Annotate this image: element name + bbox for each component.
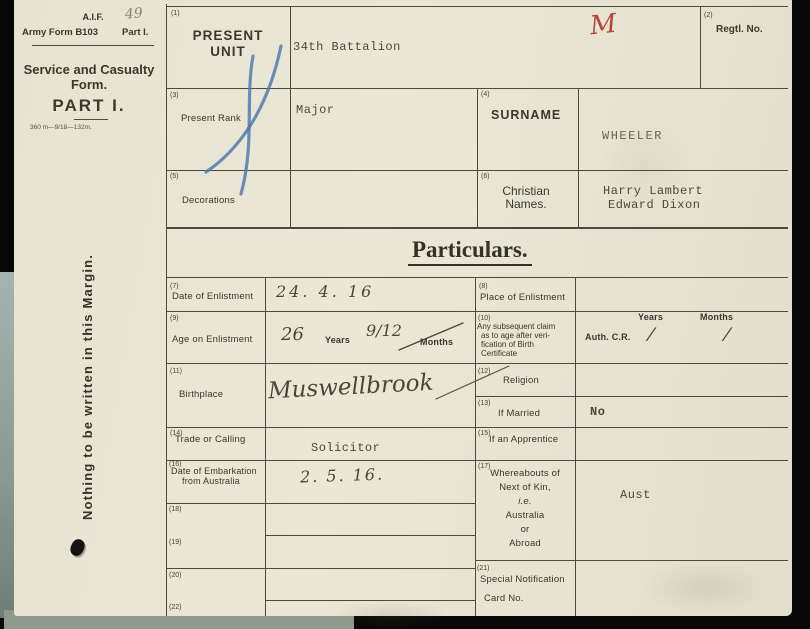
form-paper [14, 0, 792, 616]
field-num: (10) [478, 315, 490, 322]
subsequent-claim-label: Certificate [481, 349, 517, 358]
field-num: (11) [170, 368, 182, 375]
row-line [475, 396, 788, 397]
form-title-line2: Form. [14, 77, 164, 92]
table-border-top [166, 6, 788, 7]
special-notification-label: Card No. [484, 593, 524, 604]
row-line [166, 277, 788, 278]
field-num: (4) [481, 91, 490, 98]
date-of-embarkation-label: Date of Embarkation [171, 466, 257, 476]
part-heading-rule [74, 119, 108, 120]
column-line [475, 277, 476, 616]
next-of-kin-label: i.e. [477, 496, 573, 507]
present-unit-value: 34th Battalion [293, 40, 401, 54]
next-of-kin-label: or [477, 524, 573, 535]
present-rank-label: Present Rank [181, 113, 241, 124]
margin-note: Nothing to be written in this Margin. [80, 250, 95, 520]
surname-label: SURNAME [491, 108, 561, 122]
row-line [166, 568, 475, 569]
row-line [166, 503, 475, 504]
field-num: (18) [169, 506, 181, 513]
row-line [166, 311, 788, 312]
christian-names-label: Names. [477, 197, 575, 211]
birthplace-label: Birthplace [179, 389, 223, 400]
surname-value: WHEELER [602, 129, 663, 143]
header-rule [32, 45, 154, 46]
regtl-no-label: Regtl. No. [716, 24, 763, 35]
field-num: (5) [170, 173, 179, 180]
age-years-value: 26 [281, 324, 304, 345]
field-num: (7) [170, 283, 179, 290]
trade-or-calling-value: Solicitor [311, 441, 380, 455]
red-letter-annotation: M [589, 9, 619, 42]
christian-names-label: Christian [477, 184, 575, 198]
trade-or-calling-label: Trade or Calling [175, 434, 245, 445]
part-heading: PART I. [14, 96, 164, 116]
field-num: (9) [170, 315, 179, 322]
field-num: (8) [479, 283, 488, 290]
age-months-value: 9/12 [366, 321, 402, 340]
age-years-unit: Years [325, 335, 350, 345]
table-border-left [166, 4, 167, 616]
subsequent-claim-label: fication of Birth [481, 340, 534, 349]
field-num: (22) [169, 604, 181, 611]
auth-months-header: Months [700, 312, 733, 322]
field-num: (13) [478, 400, 490, 407]
row-line [265, 535, 475, 536]
date-of-embarkation-label: from Australia [182, 476, 240, 486]
pencil-number: 49 [124, 5, 143, 22]
next-of-kin-label: Whereabouts of [477, 468, 573, 479]
column-line [265, 277, 266, 616]
form-part: Part I. [122, 27, 148, 38]
scanned-service-form: A.I.F. 49 Army Form B103 Part I. Service… [0, 0, 810, 629]
field-num: (12) [478, 368, 490, 375]
special-notification-label: Special Notification [480, 574, 565, 585]
column-line [578, 88, 579, 227]
row-line [265, 600, 475, 601]
religion-label: Religion [503, 375, 539, 386]
column-line [700, 6, 701, 88]
christian-names-value: Harry Lambert [603, 184, 703, 198]
field-num: (6) [481, 173, 490, 180]
next-of-kin-value: Aust [620, 488, 651, 502]
christian-names-value: Edward Dixon [608, 198, 700, 212]
form-title-line1: Service and Casualty [14, 62, 164, 77]
subsequent-claim-label: Any subsequent claim [477, 322, 555, 331]
field-num: (21) [477, 565, 489, 572]
field-num: (19) [169, 539, 181, 546]
if-married-value: No [590, 405, 605, 419]
field-num: (2) [704, 12, 713, 19]
row-line [475, 560, 788, 561]
particulars-heading: Particulars. [408, 237, 532, 266]
field-num: (20) [169, 572, 181, 579]
present-unit-label: PRESENT [168, 28, 288, 43]
next-of-kin-label: Abroad [477, 538, 573, 549]
place-of-enlistment-label: Place of Enlistment [480, 292, 565, 303]
column-line [575, 277, 576, 616]
column-line [290, 6, 291, 227]
date-of-embarkation-value: 2. 5. 16. [300, 465, 385, 487]
auth-cr-label: Auth. C.R. [585, 332, 631, 342]
date-of-enlistment-value: 24. 4. 16 [276, 282, 374, 301]
print-code: 360 m—9/18—132m. [30, 124, 92, 131]
field-num: (1) [171, 10, 180, 17]
corps-title: A.I.F. [58, 12, 128, 22]
age-on-enlistment-label: Age on Enlistment [172, 334, 253, 345]
present-rank-value: Major [296, 103, 335, 117]
if-married-label: If Married [498, 408, 540, 419]
present-unit-label: UNIT [168, 44, 288, 59]
date-of-enlistment-label: Date of Enlistment [172, 291, 253, 302]
subsequent-claim-label: as to age after veri- [481, 331, 550, 340]
field-num: (3) [170, 92, 179, 99]
next-of-kin-label: Australia [477, 510, 573, 521]
age-months-unit: Months [420, 337, 453, 347]
row-line [166, 363, 788, 364]
if-an-apprentice-label: If an Apprentice [489, 434, 558, 445]
form-number: Army Form B103 [22, 27, 98, 38]
row-line [166, 460, 788, 461]
decorations-label: Decorations [182, 195, 235, 206]
auth-years-header: Years [638, 312, 663, 322]
next-of-kin-label: Next of Kin, [477, 482, 573, 493]
row-line [166, 427, 788, 428]
section-line [166, 227, 788, 229]
